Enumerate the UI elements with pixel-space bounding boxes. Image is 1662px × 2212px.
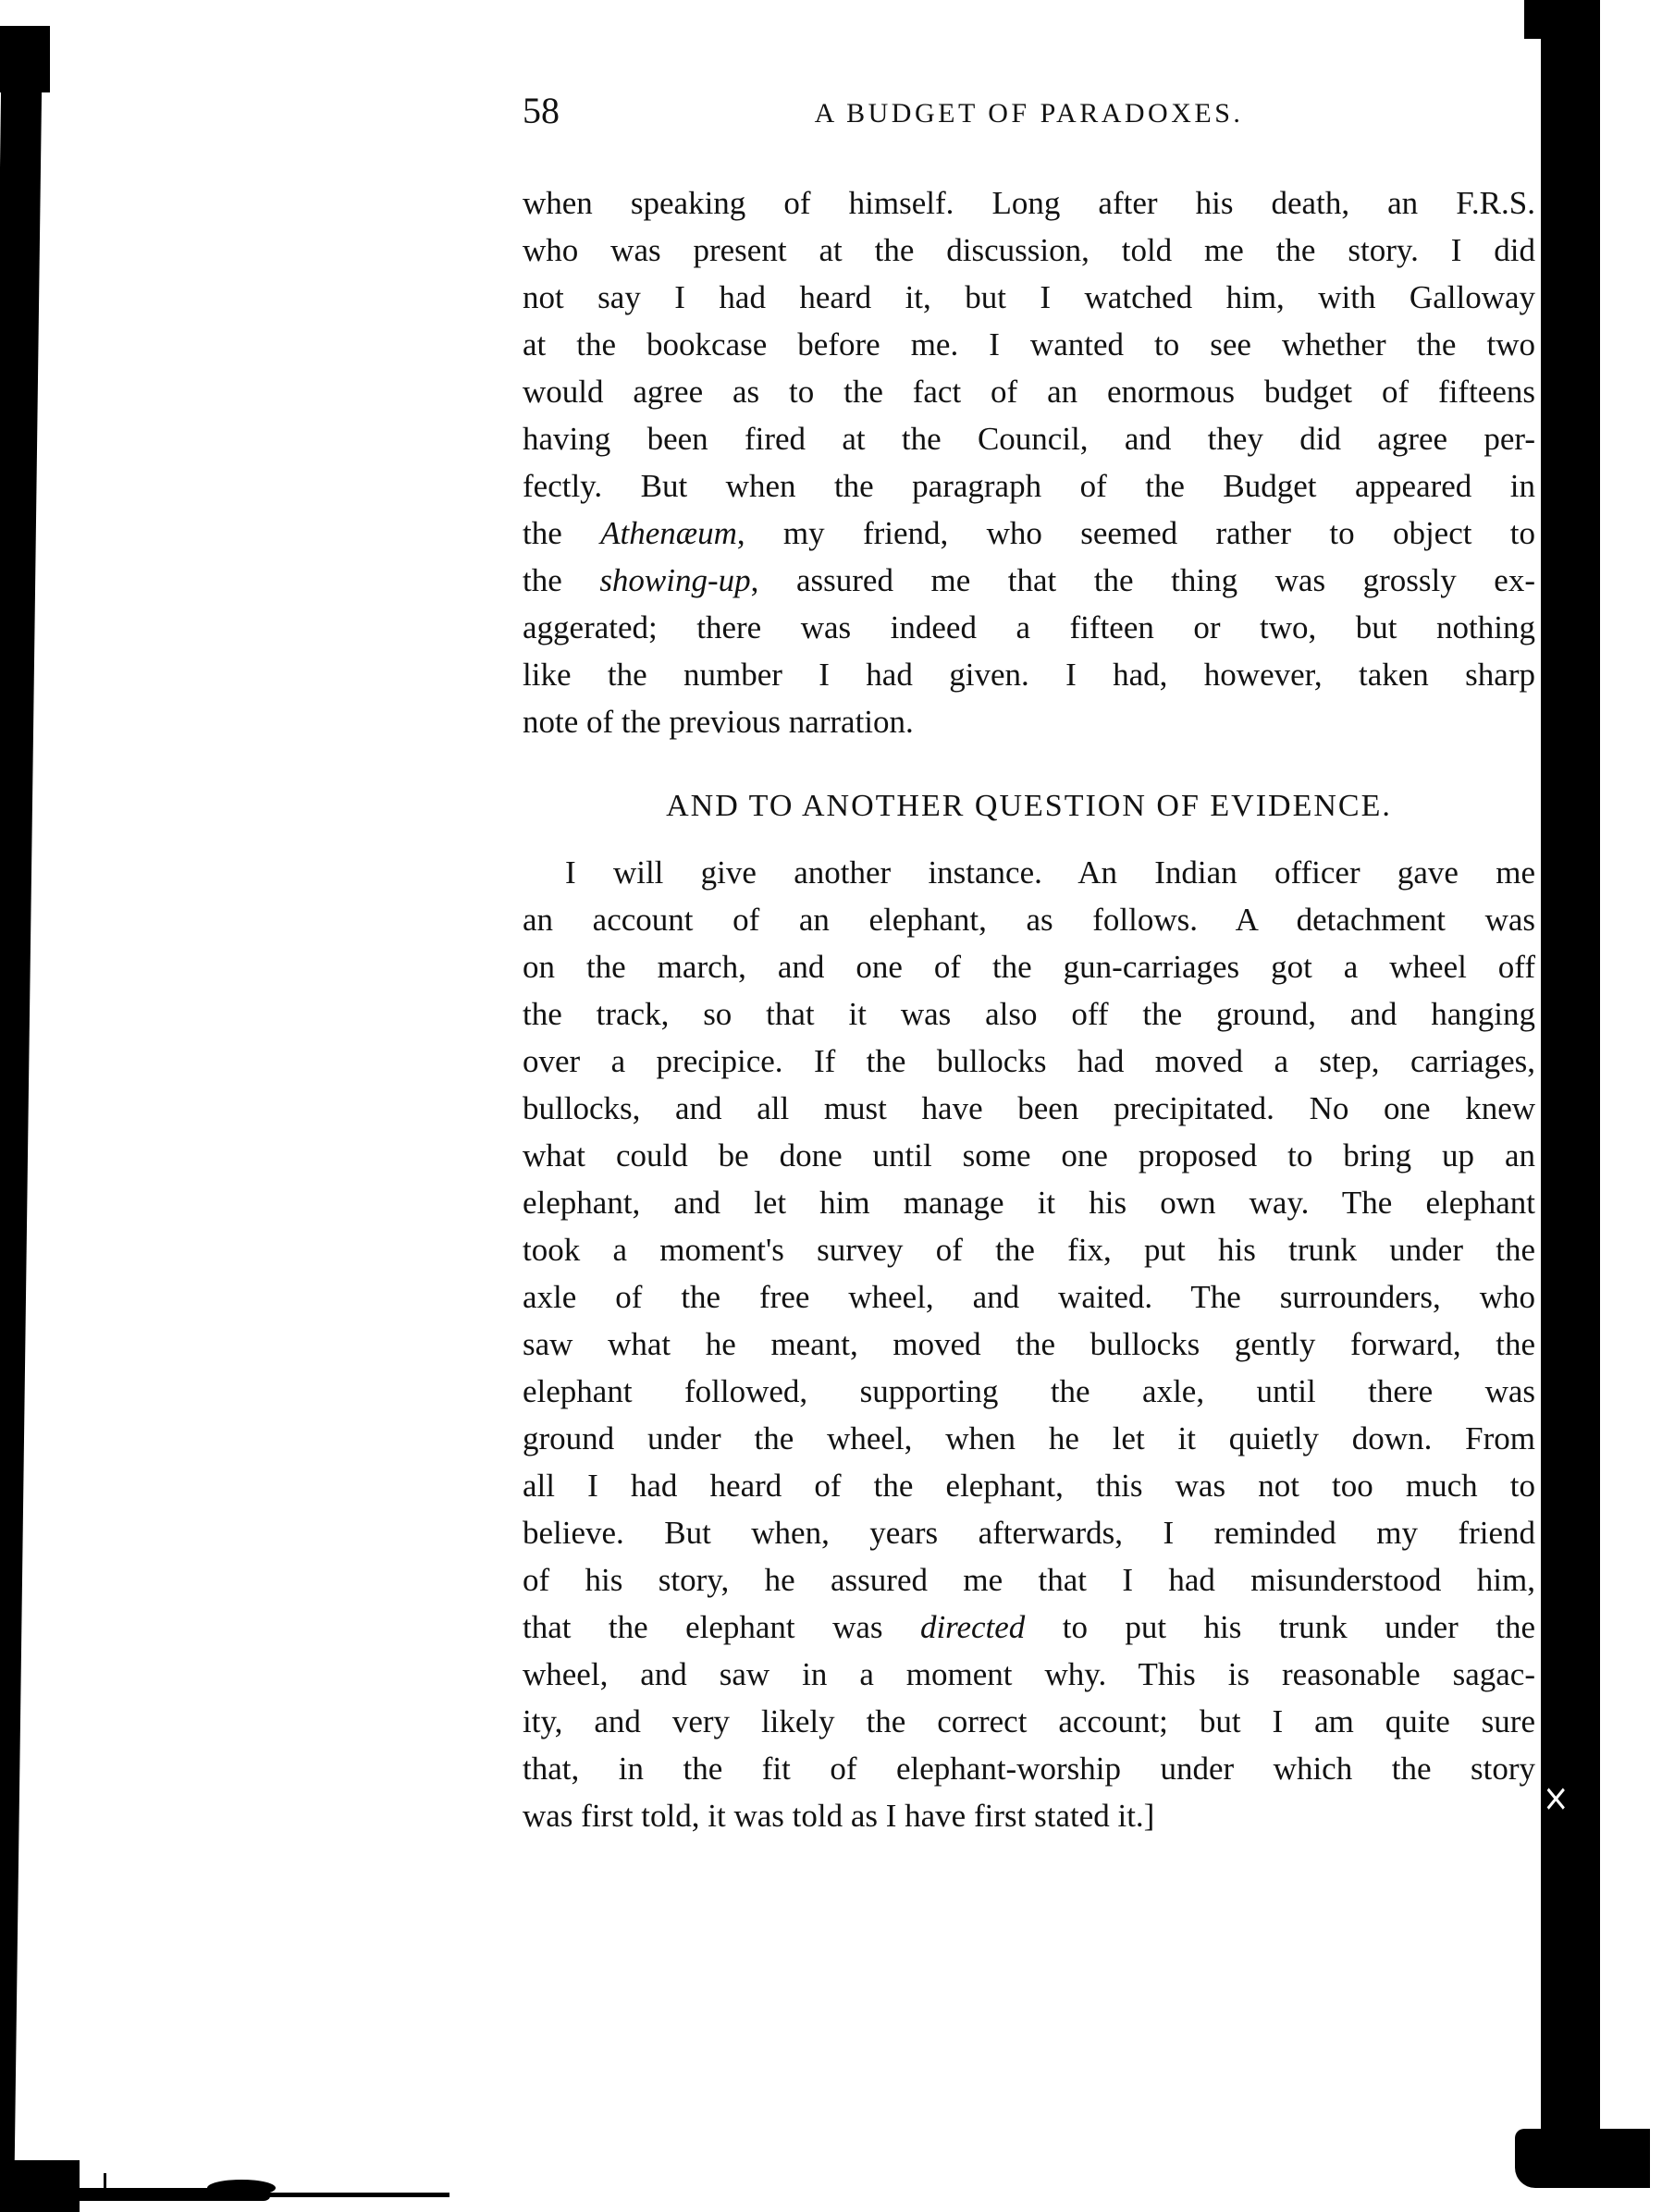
text-line: believe. But when, years afterwards, I r… bbox=[523, 1509, 1535, 1556]
text-line: note of the previous narration. bbox=[523, 698, 1535, 745]
scan-speck-tick-2 bbox=[104, 2173, 106, 2194]
section-heading: AND TO ANOTHER QUESTION OF EVIDENCE. bbox=[523, 788, 1535, 825]
italic-text-segment: Athenæum bbox=[600, 515, 737, 551]
text-line: the Athenæum, my friend, who seemed rath… bbox=[523, 510, 1535, 557]
text-line: ground under the wheel, when he let it q… bbox=[523, 1415, 1535, 1462]
text-line: I will give another instance. An Indian … bbox=[523, 849, 1535, 896]
italic-text-segment: showing-up bbox=[599, 562, 750, 598]
text-line: that, in the fit of elephant-worship und… bbox=[523, 1745, 1535, 1792]
text-segment: , my friend, who seemed rather to object… bbox=[737, 515, 1535, 551]
scan-scratch-mark: × bbox=[1543, 1780, 1570, 1818]
text-segment: , assured me that the thing was grossly … bbox=[751, 562, 1535, 598]
text-segment: the bbox=[523, 562, 599, 598]
scan-speck-tick-1 bbox=[68, 2166, 71, 2192]
text-line: elephant followed, supporting the axle, … bbox=[523, 1368, 1535, 1415]
scan-border-left bbox=[0, 26, 43, 2212]
text-line: that the elephant was directed to put hi… bbox=[523, 1604, 1535, 1651]
scan-border-right-top bbox=[1524, 0, 1600, 39]
scan-border-left-top bbox=[0, 26, 50, 92]
scan-bottom-line-bump bbox=[207, 2180, 276, 2196]
text-line: aggerated; there was indeed a fifteen or… bbox=[523, 604, 1535, 651]
text-column: when speaking of himself. Long after his… bbox=[523, 179, 1535, 1839]
text-line: like the number I had given. I had, howe… bbox=[523, 651, 1535, 698]
text-line: what could be done until some one propos… bbox=[523, 1132, 1535, 1179]
text-segment: the bbox=[523, 515, 600, 551]
text-line: not say I had heard it, but I watched hi… bbox=[523, 274, 1535, 321]
text-line: over a precipice. If the bullocks had mo… bbox=[523, 1038, 1535, 1085]
text-line: having been fired at the Council, and th… bbox=[523, 415, 1535, 462]
scanned-book-page: 58 A BUDGET OF PARADOXES. when speaking … bbox=[0, 0, 1662, 2212]
text-line: on the march, and one of the gun-carriag… bbox=[523, 943, 1535, 990]
text-line: elephant, and let him manage it his own … bbox=[523, 1179, 1535, 1226]
scan-border-right bbox=[1541, 0, 1600, 2188]
text-line: the track, so that it was also off the g… bbox=[523, 990, 1535, 1038]
text-line: bullocks, and all must have been precipi… bbox=[523, 1085, 1535, 1132]
text-line: when speaking of himself. Long after his… bbox=[523, 179, 1535, 227]
text-line: at the bookcase before me. I wanted to s… bbox=[523, 321, 1535, 368]
text-line: wheel, and saw in a moment why. This is … bbox=[523, 1651, 1535, 1698]
text-line: would agree as to the fact of an enormou… bbox=[523, 368, 1535, 415]
text-segment: to put his trunk under the bbox=[1025, 1609, 1535, 1645]
text-line: who was present at the discussion, told … bbox=[523, 227, 1535, 274]
scan-border-right-foot bbox=[1515, 2129, 1650, 2188]
italic-text-segment: directed bbox=[920, 1609, 1025, 1645]
text-line: the showing-up, assured me that the thin… bbox=[523, 557, 1535, 604]
scan-bottom-line-thin bbox=[266, 2193, 449, 2197]
text-segment: that the elephant was bbox=[523, 1609, 920, 1645]
paragraph-budget-story: when speaking of himself. Long after his… bbox=[523, 179, 1535, 745]
text-line: fectly. But when the paragraph of the Bu… bbox=[523, 462, 1535, 510]
text-line: saw what he meant, moved the bullocks ge… bbox=[523, 1321, 1535, 1368]
text-line: took a moment's survey of the fix, put h… bbox=[523, 1226, 1535, 1273]
paragraph-elephant-story: I will give another instance. An Indian … bbox=[523, 849, 1535, 1839]
text-line: of his story, he assured me that I had m… bbox=[523, 1556, 1535, 1604]
text-line: all I had heard of the elephant, this wa… bbox=[523, 1462, 1535, 1509]
text-line: an account of an elephant, as follows. A… bbox=[523, 896, 1535, 943]
text-line: ity, and very likely the correct account… bbox=[523, 1698, 1535, 1745]
text-line: was first told, it was told as I have fi… bbox=[523, 1792, 1535, 1839]
text-line: axle of the free wheel, and waited. The … bbox=[523, 1273, 1535, 1321]
running-title: A BUDGET OF PARADOXES. bbox=[523, 98, 1535, 129]
